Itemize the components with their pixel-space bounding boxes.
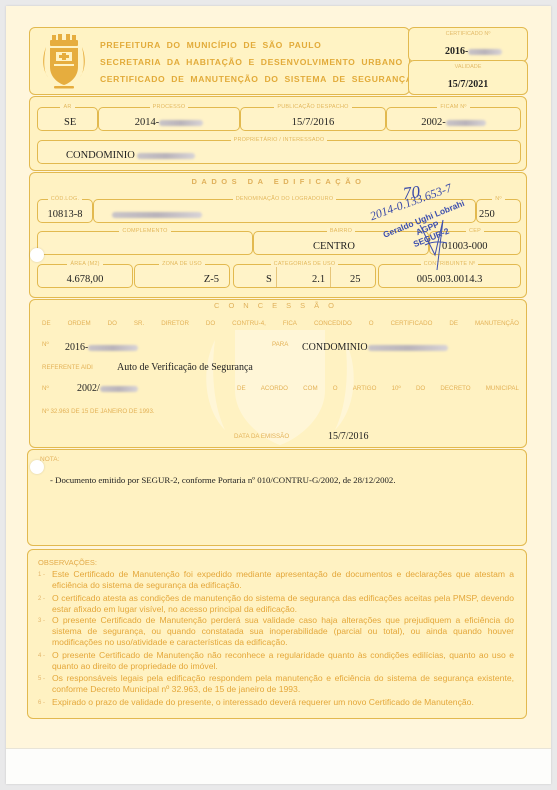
cod-log-value: 10813-8 xyxy=(38,209,92,220)
concessao-word: ARTIGO xyxy=(353,385,377,392)
concessao-word: COM xyxy=(303,385,317,392)
watermark-coat-of-arms-icon xyxy=(195,310,365,450)
header-line-secretariat: SECRETARIA DA HABITAÇÃO E DESENVOLVIMENT… xyxy=(100,57,403,67)
concessao-word: FICA xyxy=(283,320,297,327)
nota-section xyxy=(27,449,527,546)
concessao-word: DE xyxy=(42,320,51,327)
observacao-text: Os responsáveis legais pela edificação r… xyxy=(52,673,514,695)
concessao-word: DO xyxy=(108,320,117,327)
concessao-order-line: DEORDEMDOSR.DIRETORDOCONTRU-4,FICACONCED… xyxy=(42,320,519,327)
concessao-word: DO xyxy=(416,385,425,392)
emissao-value: 15/7/2016 xyxy=(328,431,369,442)
concessao-word: O xyxy=(333,385,338,392)
observacao-number: 4 - xyxy=(38,650,52,672)
owner-field: PROPRIETÁRIO / INTERESSADO CONDOMINIO xyxy=(37,140,521,164)
complemento-field: COMPLEMENTO xyxy=(37,231,253,255)
observacao-text: Este Certificado de Manutenção foi exped… xyxy=(52,569,514,591)
area-value: 4.678,00 xyxy=(38,274,132,285)
nota-label: NOTA: xyxy=(40,456,59,463)
referente-value: Auto de Verificação de Segurança xyxy=(117,362,253,373)
city-coat-of-arms-icon xyxy=(40,33,88,89)
observacao-item: 3 -O presente Certificado de Manutenção … xyxy=(38,615,514,647)
referente-label: REFERENTE AIDI xyxy=(42,364,93,371)
concessao-number-value: 2016- xyxy=(65,342,138,353)
validity-label: VALIDADE xyxy=(409,64,527,70)
ar-value: SE xyxy=(64,117,97,128)
header-line-municipality: PREFEITURA DO MUNICÍPIO DE SÃO PAULO xyxy=(100,40,321,50)
concessao-word: DECRETO xyxy=(440,385,470,392)
punch-hole-top xyxy=(30,248,44,262)
concessao-number-label: Nº xyxy=(42,341,49,348)
categoria-value-1: S xyxy=(266,274,272,285)
observacao-number: 6 - xyxy=(38,697,52,709)
observacao-number: 2 - xyxy=(38,593,52,615)
concessao-word: DIRETOR xyxy=(161,320,189,327)
concessao-word: DE xyxy=(237,385,246,392)
validity-box: VALIDADE 15/7/2021 xyxy=(408,60,528,95)
concessao-word: 10º xyxy=(392,385,401,392)
certificate-number-value: 2016- xyxy=(445,46,502,57)
observacao-text: Expirado o prazo de validade do presente… xyxy=(52,697,514,709)
publicacao-field: PUBLICAÇÃO DESPACHO 15/7/2016 xyxy=(240,107,386,131)
publicacao-value: 15/7/2016 xyxy=(241,117,385,128)
paper-bottom-margin xyxy=(6,748,551,784)
concessao-word: O xyxy=(369,320,374,327)
header-line-certificate-title: CERTIFICADO DE MANUTENÇÃO DO SISTEMA DE … xyxy=(100,74,413,84)
observacao-number: 1 - xyxy=(38,569,52,591)
cod-log-field: CÓD.LOG. 10813-8 xyxy=(37,199,93,223)
concessao-word: CONCEDIDO xyxy=(314,320,352,327)
observacao-item: 1 -Este Certificado de Manutenção foi ex… xyxy=(38,569,514,591)
observacoes-section: OBSERVAÇÕES: 1 -Este Certificado de Manu… xyxy=(27,549,527,719)
signature-mark xyxy=(415,215,455,275)
processo-value: 2014- xyxy=(99,117,239,128)
owner-value: CONDOMINIO xyxy=(66,150,520,161)
categoria-value-2: 2.1 xyxy=(312,274,325,285)
area-field: ÁREA (M2) 4.678,00 xyxy=(37,264,133,288)
observacoes-title: OBSERVAÇÕES: xyxy=(38,558,97,567)
observacao-text: O certificado atesta as condições de man… xyxy=(52,593,514,615)
categorias-field: CATEGORIAS DE USO S 2.1 25 xyxy=(233,264,376,288)
decreto-line: Nº 32.963 DE 15 DE JANEIRO DE 1993. xyxy=(42,408,155,415)
observacao-number: 5 - xyxy=(38,673,52,695)
concessao-title: CONCESSÃO xyxy=(0,301,557,310)
observacao-item: 5 -Os responsáveis legais pela edificaçã… xyxy=(38,673,514,695)
para-label: PARA xyxy=(272,341,288,348)
concessao-number2-label: Nº xyxy=(42,385,49,392)
ficam-field: FICAM Nº 2002- xyxy=(386,107,521,131)
numero-value: 250 xyxy=(479,209,520,220)
nota-text: - Documento emitido por SEGUR-2, conform… xyxy=(50,475,396,485)
validity-value: 15/7/2021 xyxy=(409,79,527,90)
building-section-title: DADOS DA EDIFICAÇÃO xyxy=(0,177,557,186)
emissao-label: DATA DA EMISSÃO xyxy=(234,433,289,440)
concessao-word: SR. xyxy=(134,320,144,327)
processo-field: PROCESSO 2014- xyxy=(98,107,240,131)
categoria-value-3: 25 xyxy=(350,274,361,285)
ficam-value: 2002- xyxy=(387,117,520,128)
zona-value: Z-5 xyxy=(204,274,219,285)
concessao-word: DE xyxy=(449,320,458,327)
observacao-number: 3 - xyxy=(38,615,52,647)
concessao-word: CONTRU-4, xyxy=(232,320,266,327)
observacao-item: 6 -Expirado o prazo de validade do prese… xyxy=(38,697,514,709)
acordo-line: DEACORDOCOMOARTIGO10ºDODECRETOMUNICIPAL xyxy=(237,385,519,392)
concessao-word: ACORDO xyxy=(261,385,288,392)
concessao-word: ORDEM xyxy=(68,320,91,327)
concessao-word: CERTIFICADO xyxy=(391,320,433,327)
observacao-text: O presente Certificado de Manutenção não… xyxy=(52,650,514,672)
observacao-text: O presente Certificado de Manutenção per… xyxy=(52,615,514,647)
zona-field: ZONA DE USO Z-5 xyxy=(134,264,230,288)
punch-hole-bottom xyxy=(30,460,44,474)
certificate-number-label: CERTIFICADO Nº xyxy=(409,31,527,37)
certificate-number-box: CERTIFICADO Nº 2016- xyxy=(408,27,528,62)
concessao-word: MUNICIPAL xyxy=(486,385,519,392)
observacao-item: 4 -O presente Certificado de Manutenção … xyxy=(38,650,514,672)
observacao-item: 2 -O certificado atesta as condições de … xyxy=(38,593,514,615)
concessao-word: MANUTENÇÃO xyxy=(475,320,519,327)
concessao-number2-value: 2002/ xyxy=(77,383,138,394)
ar-field: AR SE xyxy=(37,107,98,131)
para-value: CONDOMINIO xyxy=(302,342,448,353)
concessao-word: DO xyxy=(206,320,215,327)
